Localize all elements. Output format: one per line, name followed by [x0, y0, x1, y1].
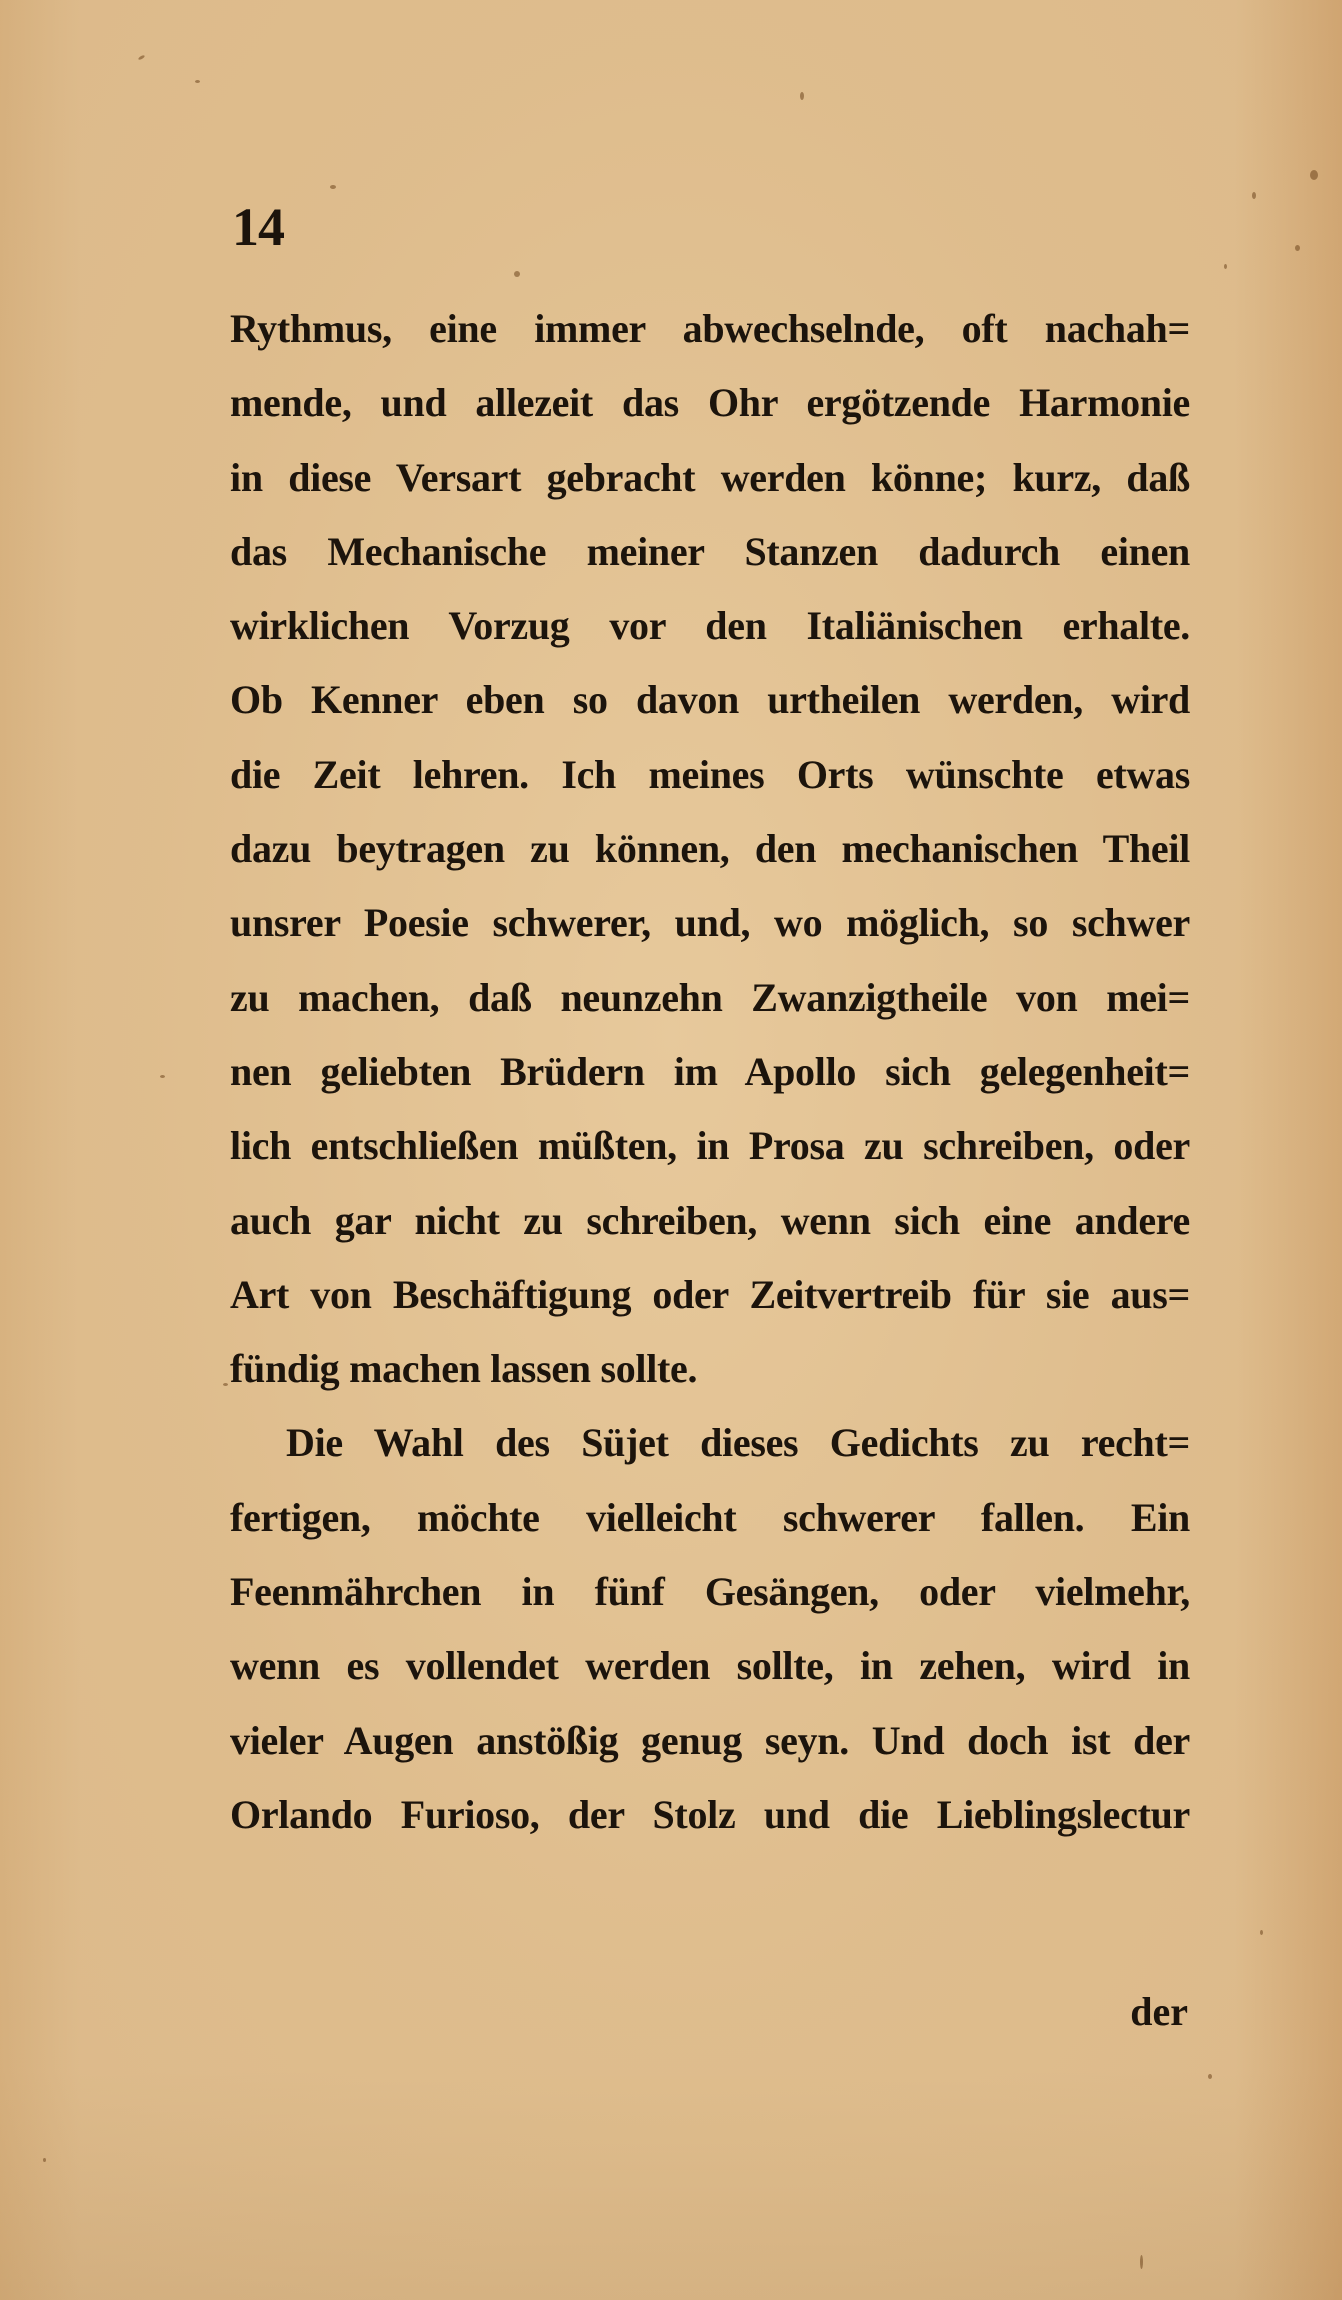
text-line: Art von Beschäftigung oder Zeitvertreib …: [230, 1258, 1190, 1332]
text-line: mende, und allezeit das Ohr ergötzende H…: [230, 366, 1190, 440]
book-page: 14 Rythmus, eine immer abwechselnde, oft…: [0, 0, 1342, 2300]
text-line: nen geliebten Brüdern im Apollo sich gel…: [230, 1035, 1190, 1109]
text-line: wenn es vollendet werden sollte, in zehe…: [230, 1629, 1190, 1703]
catchword: der: [1130, 1988, 1188, 2035]
paragraph-end-line: fündig machen lassen sollte.: [230, 1332, 1190, 1406]
text-line: dazu beytragen zu können, den mechanisch…: [230, 812, 1190, 886]
text-line: wirklichen Vorzug vor den Italiänischen …: [230, 589, 1190, 663]
text-line: lich entschließen müßten, in Prosa zu sc…: [230, 1109, 1190, 1183]
text-line: in diese Versart gebracht werden könne; …: [230, 441, 1190, 515]
text-line: unsrer Poesie schwerer, und, wo möglich,…: [230, 886, 1190, 960]
paragraph-start-line: Die Wahl des Süjet dieses Gedichts zu re…: [230, 1406, 1190, 1480]
text-line: auch gar nicht zu schreiben, wenn sich e…: [230, 1184, 1190, 1258]
text-line: Orlando Furioso, der Stolz und die Liebl…: [230, 1778, 1190, 1852]
text-line: fertigen, möchte vielleicht schwerer fal…: [230, 1481, 1190, 1555]
body-text: Rythmus, eine immer abwechselnde, oft na…: [230, 292, 1190, 1852]
text-line: vieler Augen anstößig genug seyn. Und do…: [230, 1704, 1190, 1778]
text-line: das Mechanische meiner Stanzen dadurch e…: [230, 515, 1190, 589]
text-line: Rythmus, eine immer abwechselnde, oft na…: [230, 292, 1190, 366]
text-line: die Zeit lehren. Ich meines Orts wünscht…: [230, 738, 1190, 812]
text-line: Feenmährchen in fünf Gesängen, oder viel…: [230, 1555, 1190, 1629]
text-line: zu machen, daß neunzehn Zwanzigtheile vo…: [230, 961, 1190, 1035]
page-number: 14: [232, 196, 284, 258]
text-line: Ob Kenner eben so davon urtheilen werden…: [230, 663, 1190, 737]
